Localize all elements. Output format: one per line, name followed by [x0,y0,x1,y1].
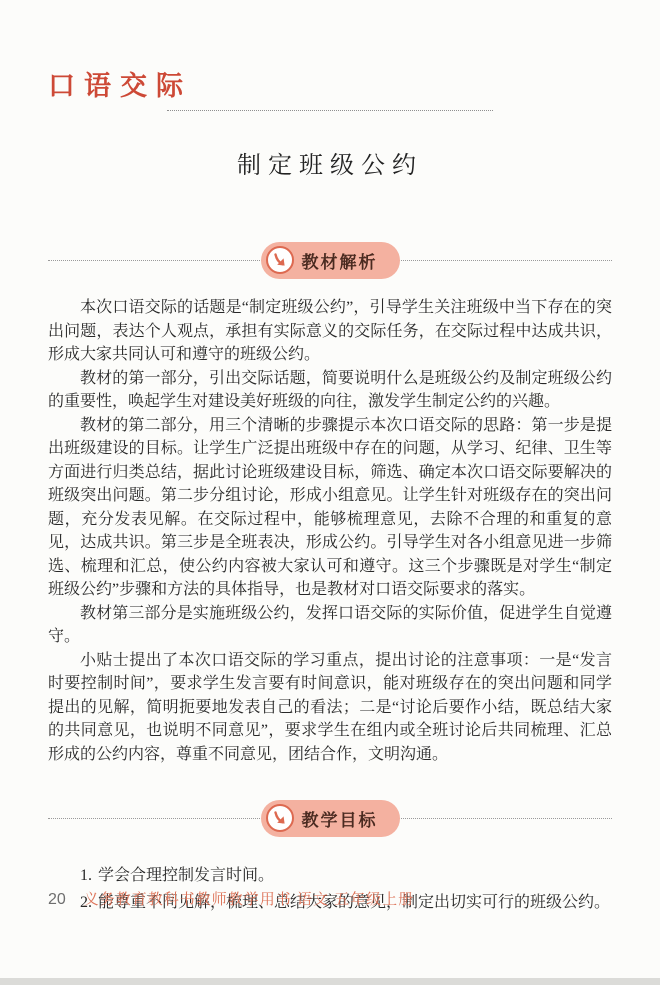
paragraph: 本次口语交际的话题是“制定班级公约”，引导学生关注班级中当下存在的突出问题，表达… [48,296,612,367]
unit-label-rule [167,110,493,111]
section-header-material-analysis: 教材解析 [48,241,612,279]
circle-arrow-down-right-icon [266,804,294,832]
paragraph: 教材的第二部分，用三个清晰的步骤提示本次口语交际的思路：第一步是提出班级建设的目… [48,414,612,602]
page-content: 口语交际 制定班级公约 教材解析 本次口语交际的话题是“制定班级公约”，引导学生… [0,64,660,916]
scan-bottom-edge [0,978,660,985]
list-item: 1.学会合理控制发言时间。 [48,862,612,889]
paragraph: 教材的第一部分，引出交际话题，简要说明什么是班级公约及制定班级公约的重要性，唤起… [48,367,612,414]
paragraph: 小贴士提出了本次口语交际的学习重点，提出讨论的注意事项：一是“发言时要控制时间”… [48,649,612,767]
section-badge: 教材解析 [261,242,400,279]
page-footer: 20 义务教育教科书教师教学用书 语文 五年级上册 [48,888,414,909]
paragraph: 教材第三部分是实施班级公约，发挥口语交际的实际价值，促进学生自觉遵守。 [48,602,612,649]
unit-label: 口语交际 [48,64,612,103]
page-number: 20 [48,891,66,909]
list-item-number: 1. [80,867,92,884]
textbook-page: 口语交际 制定班级公约 教材解析 本次口语交际的话题是“制定班级公约”，引导学生… [0,0,660,985]
section-badge-label: 教学目标 [302,806,378,831]
circle-arrow-down-right-icon [266,246,294,274]
section-header-teaching-objectives: 教学目标 [48,799,612,837]
page-title: 制定班级公约 [48,145,612,180]
material-analysis-body: 本次口语交际的话题是“制定班级公约”，引导学生关注班级中当下存在的突出问题，表达… [48,296,612,766]
section-badge: 教学目标 [261,800,400,837]
list-item-text: 学会合理控制发言时间。 [98,867,274,884]
book-title: 义务教育教科书教师教学用书 语文 五年级上册 [84,888,414,909]
section-badge-label: 教材解析 [302,248,378,273]
